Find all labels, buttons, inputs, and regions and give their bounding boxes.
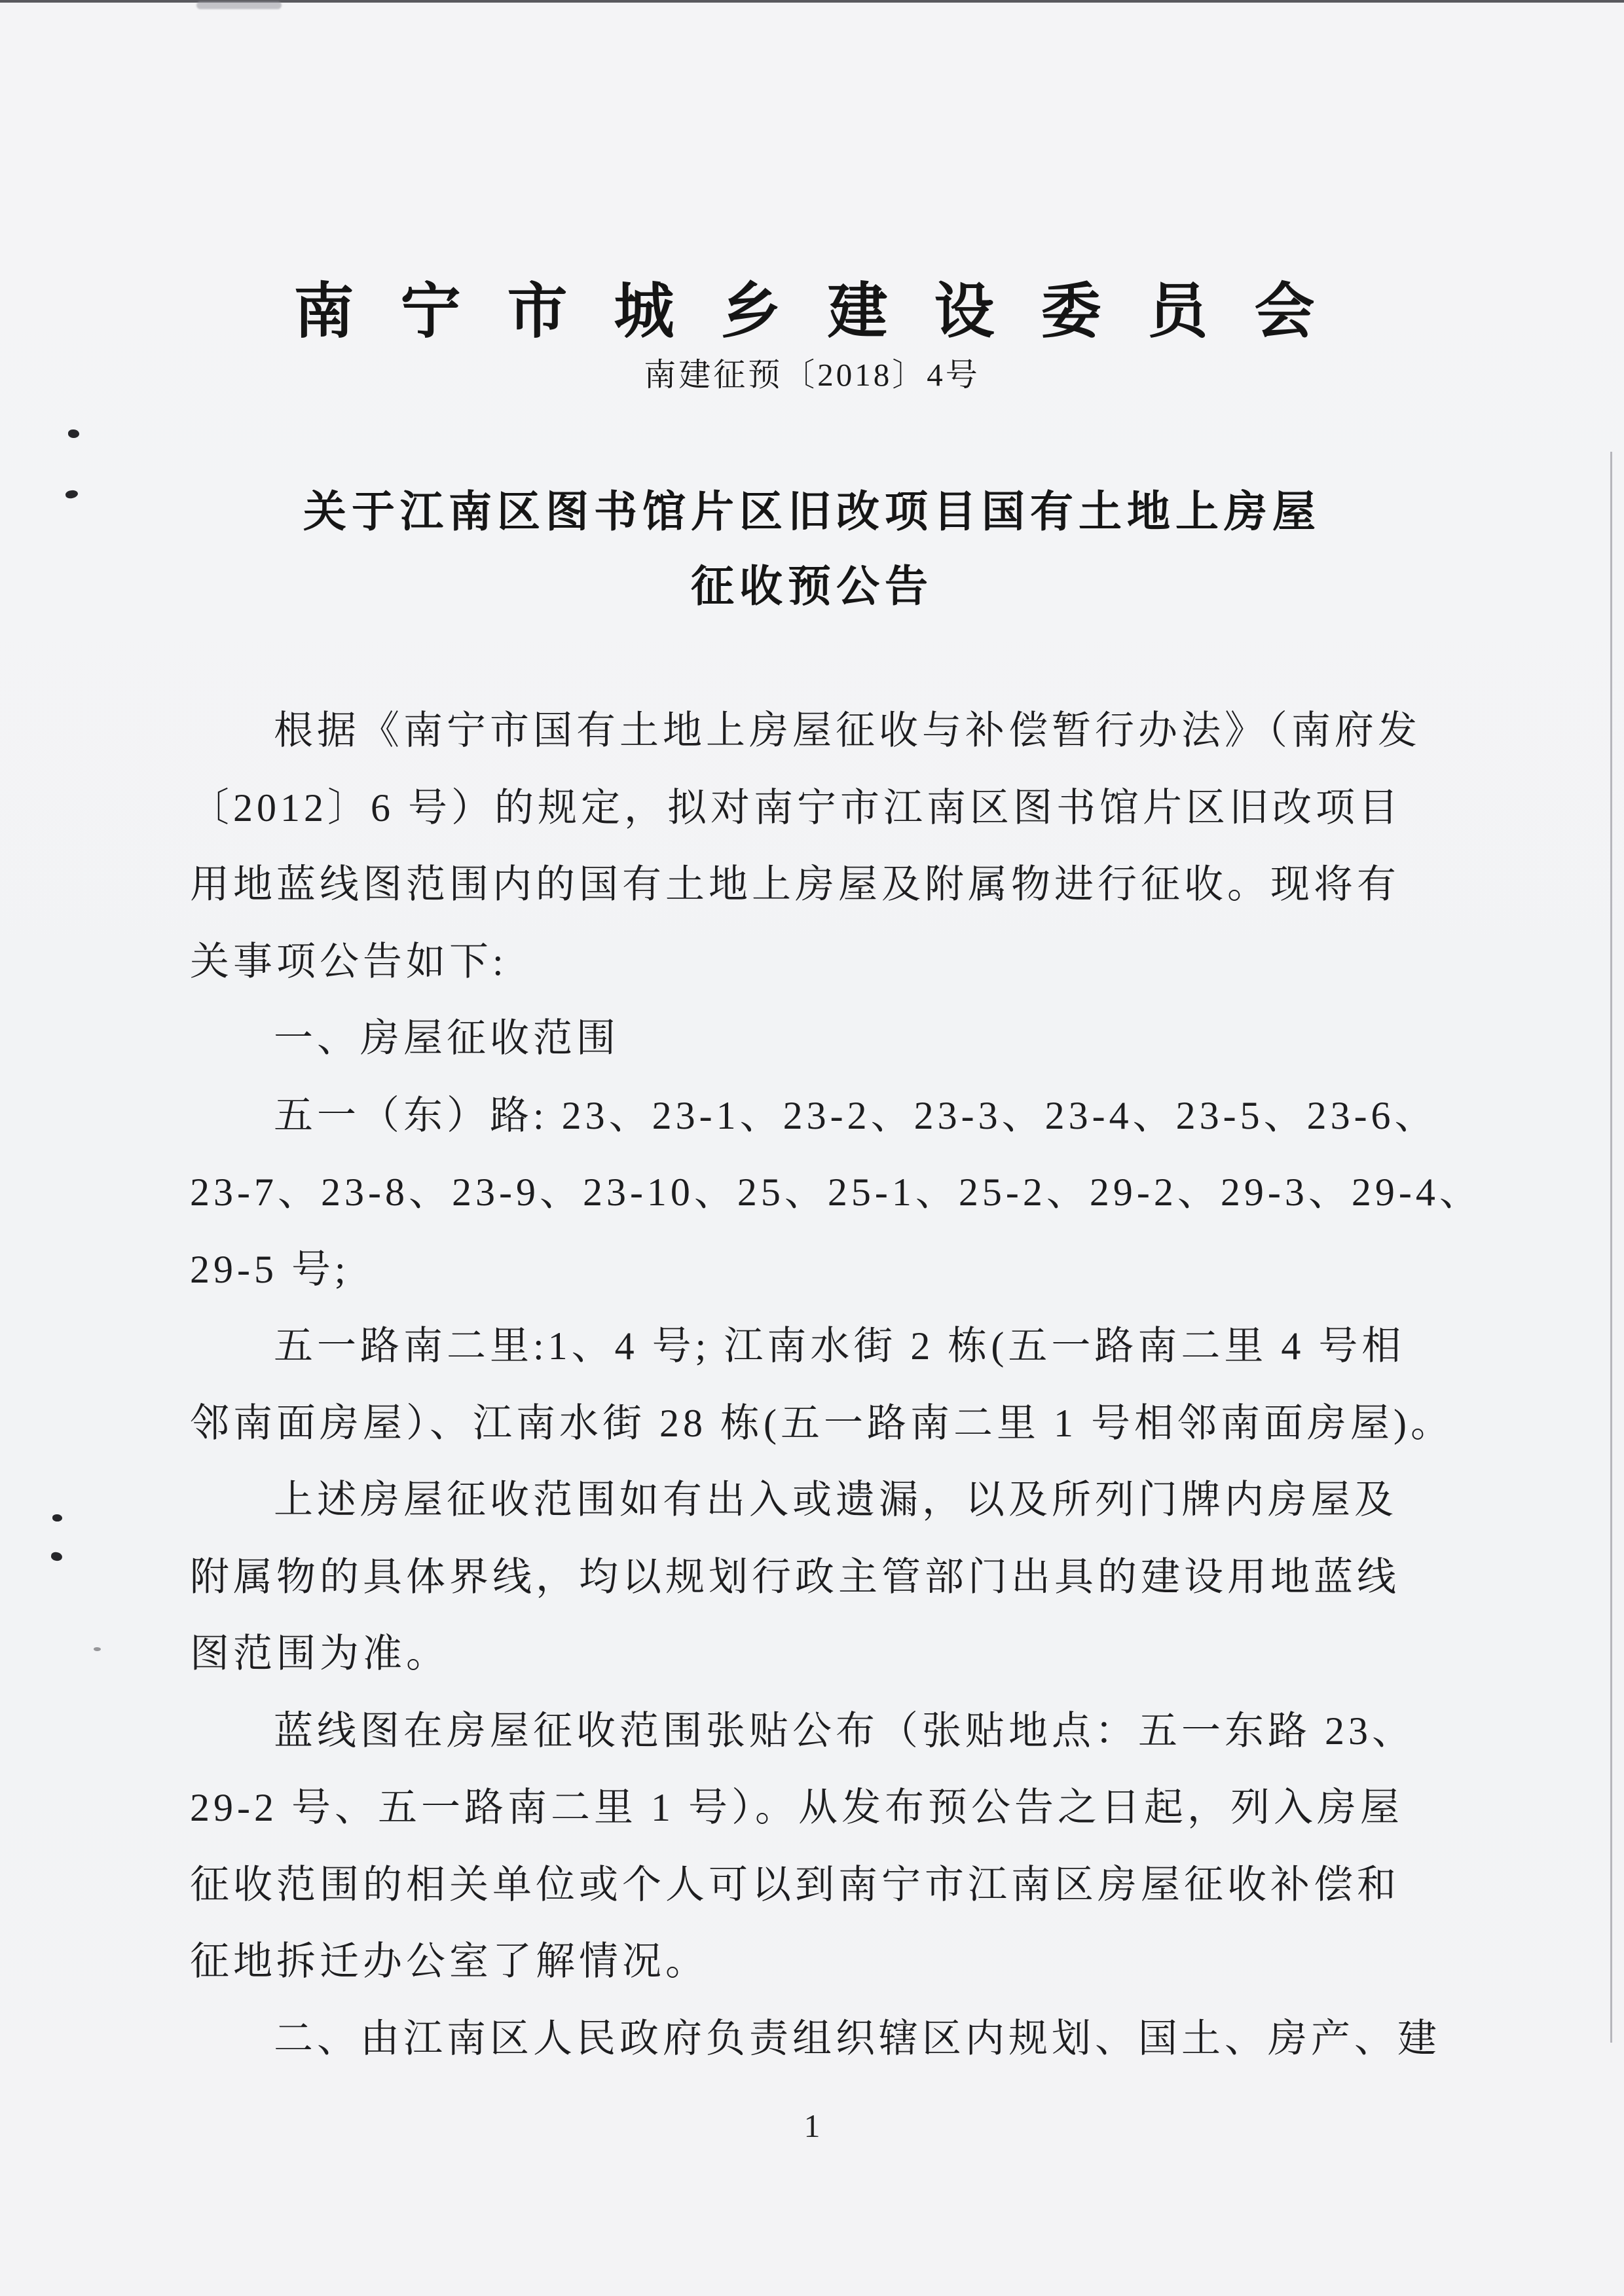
ink-speck bbox=[68, 429, 79, 438]
document-title: 关于江南区图书馆片区旧改项目国有土地上房屋 征收预公告 bbox=[0, 475, 1624, 625]
ink-speck bbox=[52, 1514, 62, 1522]
body-line: 附属物的具体界线，均以规划行政主管部门出具的建设用地蓝线 bbox=[190, 1539, 1447, 1616]
body-line: 根据《南宁市国有土地上房屋征收与补偿暂行办法》（南府发 bbox=[190, 693, 1447, 770]
body-line: 五一路南二里:1、4 号; 江南水街 2 栋(五一路南二里 4 号相 bbox=[190, 1308, 1447, 1385]
scan-edge-line-artifact bbox=[1610, 452, 1612, 2043]
body-line: 关事项公告如下: bbox=[190, 924, 1447, 1001]
body-line: 图范围为准。 bbox=[190, 1616, 1447, 1693]
body-line: 二、由江南区人民政府负责组织辖区内规划、国土、房产、建 bbox=[190, 2001, 1447, 2078]
body-line: 29-5 号; bbox=[190, 1231, 1447, 1309]
document-body: 根据《南宁市国有土地上房屋征收与补偿暂行办法》（南府发〔2012〕6 号）的规定… bbox=[190, 693, 1447, 2077]
body-line: 蓝线图在房屋征收范围张贴公布（张贴地点：五一东路 23、 bbox=[190, 1693, 1447, 1770]
document-title-line-2: 征收预公告 bbox=[0, 550, 1624, 625]
scan-smudge-artifact bbox=[196, 1, 282, 9]
body-line: 用地蓝线图范围内的国有土地上房屋及附属物进行征收。现将有 bbox=[190, 847, 1447, 924]
document-reference-number: 南建征预〔2018〕4号 bbox=[0, 350, 1624, 395]
body-line: 29-2 号、五一路南二里 1 号）。从发布预公告之日起，列入房屋 bbox=[190, 1770, 1447, 1847]
document-title-line-1: 关于江南区图书馆片区旧改项目国有土地上房屋 bbox=[0, 475, 1624, 550]
page-number: 1 bbox=[0, 2107, 1624, 2145]
body-line: 一、房屋征收范围 bbox=[190, 1000, 1447, 1078]
scanned-document-page: 南 宁 市 城 乡 建 设 委 员 会 南建征预〔2018〕4号 关于江南区图书… bbox=[0, 0, 1624, 2296]
ink-speck bbox=[94, 1647, 101, 1651]
body-line: 上述房屋征收范围如有出入或遗漏，以及所列门牌内房屋及 bbox=[190, 1462, 1447, 1539]
body-line: 征收范围的相关单位或个人可以到南宁市江南区房屋征收补偿和 bbox=[190, 1847, 1447, 1924]
body-line: 23-7、23-8、23-9、23-10、25、25-1、25-2、29-2、2… bbox=[190, 1154, 1447, 1231]
body-line: 五一（东）路: 23、23-1、23-2、23-3、23-4、23-5、23-6… bbox=[190, 1078, 1447, 1155]
ink-speck bbox=[50, 1552, 63, 1561]
body-line: 〔2012〕6 号）的规定，拟对南宁市江南区图书馆片区旧改项目 bbox=[190, 770, 1447, 847]
body-line: 邻南面房屋）、江南水街 28 栋(五一路南二里 1 号相邻南面房屋)。 bbox=[190, 1385, 1447, 1463]
body-line: 征地拆迁办公室了解情况。 bbox=[190, 1923, 1447, 2001]
issuing-authority-title: 南 宁 市 城 乡 建 设 委 员 会 bbox=[0, 263, 1624, 350]
